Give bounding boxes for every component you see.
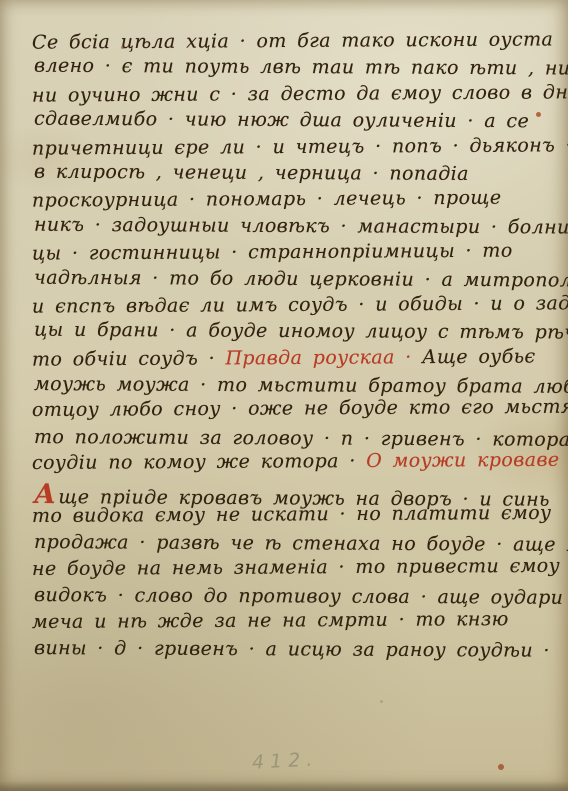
- manuscript-text: Се бсіа цѣла хціа · от бга тако искони о…: [32, 30, 544, 663]
- text-line: чадѣлныя · то бо люди церковніи · а митр…: [34, 266, 546, 295]
- stain-dot: [498, 764, 504, 770]
- text-line: Се бсіа цѣла хціа · от бга тако искони о…: [32, 28, 544, 58]
- ink-text: никъ · задоушныи чловѣкъ · манастыри · б…: [34, 213, 568, 238]
- ink-text: меча и нѣ жде за не на смрти · то кнзю: [32, 608, 509, 633]
- ink-text: видокъ · слово до противоу слова · аще о…: [34, 584, 563, 609]
- stain-dot: [121, 46, 124, 49]
- ink-text: влено · є ти поуть лвѣ таи тѣ пако ѣти ,…: [34, 55, 568, 80]
- ink-text: отцоу любо сноу · оже не боуде кто єго м…: [32, 396, 568, 421]
- ink-text: не боуде на немь знаменіа · то привести …: [32, 555, 560, 580]
- ink-text: причетници єре ли · и чтецъ · попъ · дья…: [32, 133, 568, 159]
- text-line: цы и брани · а боуде иномоу лицоу с тѣмъ…: [34, 319, 546, 348]
- text-line: цы · гостинницы · страннопріимницы · то: [32, 240, 544, 270]
- ink-text: в клиросѣ , ченеци , черница · попадіа: [34, 161, 469, 185]
- text-line: соудіи по комоу же котора · О моужи кров…: [32, 449, 544, 479]
- ink-text: цы и брани · а боуде иномоу лицоу с тѣмъ…: [34, 319, 568, 344]
- page-bottom-shadow: [0, 781, 568, 791]
- ink-text: и єпспъ вѣдає ли имъ соудъ · и обиды · и…: [32, 292, 568, 317]
- ink-text: цы · гостинницы · страннопріимницы · то: [32, 240, 513, 265]
- rubric-text: Правда роускаа ·: [225, 346, 411, 369]
- folio-number: 412.: [251, 748, 318, 773]
- ink-text: вины · д · гривенъ · а исцю за раноу соу…: [34, 637, 550, 662]
- stain-dot: [380, 700, 383, 703]
- rubric-text: О моужи кроваве: [366, 449, 559, 472]
- ink-text: то видока ємоу не искати · но платити єм…: [32, 502, 552, 527]
- text-line: причетници єре ли · и чтецъ · попъ · дья…: [32, 134, 544, 164]
- ink-text: моужь моужа · то мьстити братоу брата лю…: [34, 373, 568, 398]
- manuscript-page: Се бсіа цѣла хціа · от бга тако искони о…: [0, 0, 568, 791]
- ink-text: соудіи по комоу же котора ·: [32, 450, 366, 474]
- text-line: в клиросѣ , ченеци , черница · попадіа: [34, 161, 546, 190]
- ink-text: ни оучино жни с · за десто да ємоу слово…: [32, 81, 568, 106]
- text-line: то обчіи соудъ · Правда роускаа · Аще оу…: [32, 345, 544, 375]
- text-line: то видока ємоу не искати · но платити єм…: [32, 502, 544, 532]
- ink-text: чадѣлныя · то бо люди церковніи · а митр…: [34, 266, 568, 291]
- text-line: вины · д · гривенъ · а исцю за раноу соу…: [34, 637, 546, 666]
- text-line: влено · є ти поуть лвѣ таи тѣ пако ѣти ,…: [34, 55, 546, 84]
- ink-text: Аще оубьє: [412, 345, 536, 368]
- text-line: и єпспъ вѣдає ли имъ соудъ · и обиды · и…: [32, 292, 544, 322]
- text-line: проскоурница · пономарь · лечець · проще: [32, 187, 544, 217]
- text-line: ни оучино жни с · за десто да ємоу слово…: [32, 81, 544, 111]
- text-line: меча и нѣ жде за не на смрти · то кнзю: [32, 607, 544, 637]
- ink-text: сдавелмибо · чию нюж дша оуличеніи · а с…: [34, 108, 529, 133]
- ink-text: Се бсіа цѣла хціа · от бга тако искони о…: [32, 28, 553, 53]
- text-line: отцоу любо сноу · оже не боуде кто єго м…: [32, 396, 544, 426]
- text-line: не боуде на немь знаменіа · то привести …: [32, 555, 544, 585]
- stain-dot: [536, 112, 541, 117]
- text-line: сдавелмибо · чию нюж дша оуличеніи · а с…: [34, 108, 546, 137]
- ink-text: продажа · развѣ че ѣ стенаха но боуде · …: [34, 531, 568, 556]
- text-line: никъ · задоушныи чловѣкъ · манастыри · б…: [34, 213, 546, 242]
- ink-text: то положити за головоу · п · гривенъ · к…: [34, 426, 568, 451]
- ink-text: то обчіи соудъ ·: [32, 347, 226, 370]
- ink-text: проскоурница · пономарь · лечець · проще: [32, 187, 502, 212]
